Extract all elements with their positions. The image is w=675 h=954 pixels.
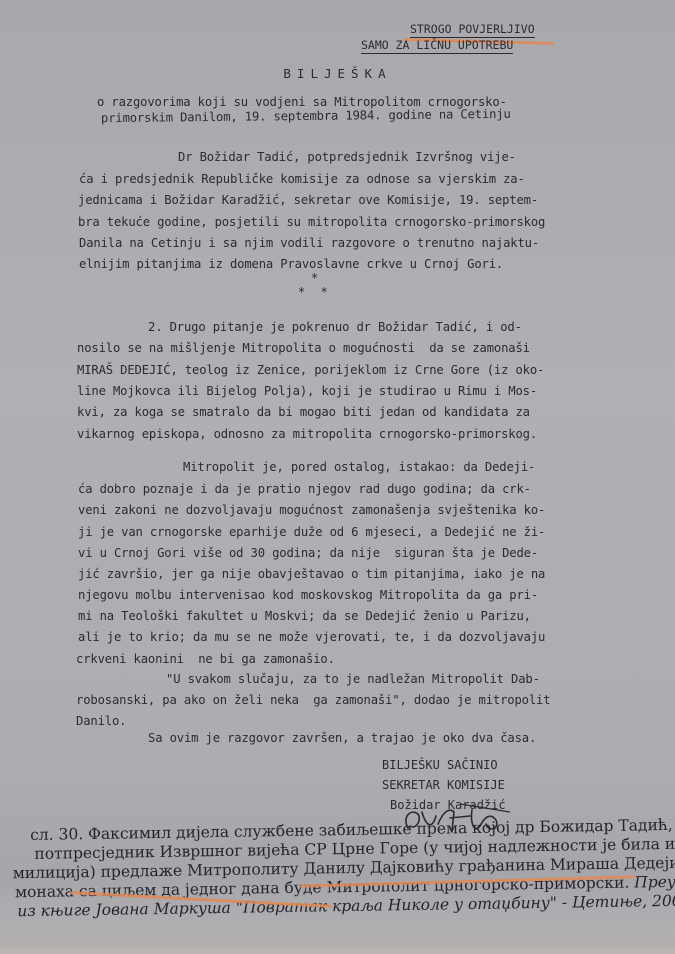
text-line: Danila na Cetinju i sa njim vodili razgo… xyxy=(79,236,539,250)
signature-role: SEKRETAR KOMISIJE xyxy=(382,775,506,795)
figure-caption: сл. 30. Факсимил дијела службене забиљеш… xyxy=(30,816,671,921)
text-line: 2. Drugo pitanje je pokrenuo dr Božidar … xyxy=(148,320,522,334)
text-line: nosilo se na mišljenje Mitropolita o mog… xyxy=(77,341,530,355)
closing-sentence: Sa ovim je razgovor završen, a trajao je… xyxy=(148,731,536,745)
text-line: MIRAŠ DEDEJIĆ, teolog iz Zenice, porijek… xyxy=(77,363,544,377)
text-line: kvi, za koga se smatralo da bi mogao bit… xyxy=(77,405,530,419)
text-line: vikarnog episkopa, odnosno za mitropolit… xyxy=(77,427,537,441)
document-subtitle-line-2: primorskim Danilom, 19. septembra 1984. … xyxy=(101,107,511,125)
text-line: jić završio, jer ga nije obavještavao o … xyxy=(78,567,545,581)
page-edge-shadow xyxy=(0,928,675,954)
text-line: njegovu molbu intervenisao kod moskovsko… xyxy=(78,588,538,602)
text-line: mi na Teološki fakultet u Moskvi; da se … xyxy=(78,609,531,623)
text-line: ća dobro poznaje i da je pratio njegov r… xyxy=(78,482,531,496)
text-line: crkveni kaonini ne bi ga zamonašio. xyxy=(76,652,335,666)
document-title: BILJEŠKA xyxy=(0,66,675,81)
signature-heading: BILJEŠKU SAČINIO xyxy=(382,755,506,775)
text-line: jednicama i Božidar Karadžić, sekretar o… xyxy=(78,193,538,207)
text-line: Danilo. xyxy=(76,714,126,728)
text-line: vi u Crnoj Gori više od 30 godina; da ni… xyxy=(78,546,538,560)
text-line: line Mojkovca ili Bijelog Polja), koji j… xyxy=(77,384,537,398)
text-line: robosanski, pa ako on želi neka ga zamon… xyxy=(76,693,550,707)
separator-star: * xyxy=(311,271,318,285)
classification-strictly-confidential: STROGO POVJERLJIVO xyxy=(410,22,535,38)
text-line: "U svakom slučaju, za to je nadležan Mit… xyxy=(166,672,540,686)
text-line: veni zakoni ne dozvoljavaju mogućnost za… xyxy=(78,503,545,517)
text-line: ća i predsjednik Republičke komisije za … xyxy=(79,172,525,186)
text-line: ali je to krio; da mu se ne može vjerova… xyxy=(78,630,545,644)
caption-source-prefix: Преузето xyxy=(634,872,675,891)
text-line: elnijim pitanjima iz domena Pravoslavne … xyxy=(79,257,503,271)
text-line: Dr Božidar Tadić, potpredsjednik Izvršno… xyxy=(178,150,516,164)
classification-personal-use-only: SAMO ZA LIČNU UPOTREBU xyxy=(361,38,513,54)
text-line: bra tekuće godine, posjetili su mitropol… xyxy=(78,215,545,229)
text-line: Mitropolit je, pored ostalog, istakao: d… xyxy=(183,460,535,474)
separator-stars: * * xyxy=(298,285,332,299)
text-line: ji je van crnogorske eparhije duže od 6 … xyxy=(78,525,545,539)
